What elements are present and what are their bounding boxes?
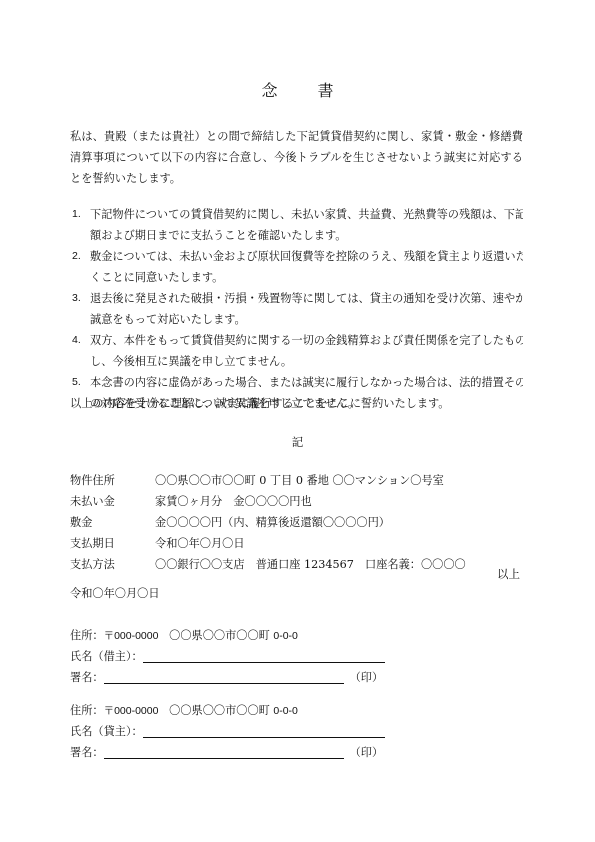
ijo-closing-mark: 以上 [497, 566, 520, 582]
title-char-2: 書 [318, 78, 334, 101]
signature-field[interactable] [104, 744, 344, 759]
borrower-address: 住所：〒000-0000 〇〇県〇〇市〇〇町 0-0-0 [70, 625, 298, 646]
detail-value: 金〇〇〇〇円（内、精算後返還額〇〇〇〇円） [155, 512, 390, 533]
term-item: 1. 下記物件についての賃貸借契約に関し、未払い家賃、共益費、光熱費等の残額は、… [70, 204, 523, 246]
detail-label: 支払期日 [70, 533, 155, 554]
address-number: 0-0-0 [273, 705, 298, 717]
postal-code: 〒000-0000 [104, 630, 159, 642]
term-line: 本念書の内容に虚偽があった場合、または誠実に履行しなかった場合は、法的措置その他 [90, 372, 523, 393]
term-line: くことに同意いたします。 [90, 267, 523, 288]
address-value: 〇〇県〇〇市〇〇町 [169, 704, 273, 717]
detail-value: 〇〇銀行〇〇支店 普通口座 1234567 口座名義：〇〇〇〇 [155, 554, 466, 575]
detail-row-deposit: 敷金金〇〇〇〇円（内、精算後返還額〇〇〇〇円） [70, 512, 390, 533]
document-date: 令和〇年〇月〇日 [70, 585, 160, 601]
term-number: 4. [72, 330, 81, 351]
name-label: 氏名（貸主）： [70, 725, 143, 738]
term-number: 5. [72, 372, 81, 393]
detail-value: 令和〇年〇月〇日 [155, 533, 245, 554]
detail-label: 未払い金 [70, 491, 155, 512]
detail-row-unpaid: 未払い金家賃〇ヶ月分 金〇〇〇〇円也 [70, 491, 312, 512]
term-line: 敷金については、未払い金および原状回復費等を控除のうえ、残額を貸主より返還いただ [90, 246, 523, 267]
intro-paragraph: 私は、貴殿（または貴社）との間で締結した下記賃貸借契約に関し、家賃・敷金・修繕費… [70, 126, 523, 189]
seal-mark: （印） [350, 671, 384, 684]
term-item: 2. 敷金については、未払い金および原状回復費等を控除のうえ、残額を貸主より返還… [70, 246, 523, 288]
detail-value: 〇〇県〇〇市〇〇町 0 丁目 0 番地 〇〇マンション〇号室 [155, 470, 444, 491]
borrower-name-row: 氏名（借主）： [70, 646, 385, 667]
signature-field[interactable] [104, 669, 344, 684]
lender-address: 住所：〒000-0000 〇〇県〇〇市〇〇町 0-0-0 [70, 700, 298, 721]
address-value: 〇〇県〇〇市〇〇町 [169, 629, 273, 642]
term-number: 3. [72, 288, 81, 309]
term-number: 2. [72, 246, 81, 267]
lender-name-row: 氏名（貸主）： [70, 721, 385, 742]
intro-line: とを誓約いたします。 [70, 168, 523, 189]
document-title: 念書 [0, 78, 595, 101]
term-line: 退去後に発見された破損・汚損・残置物等に関しては、貸主の通知を受け次第、速やかに [90, 288, 523, 309]
address-label: 住所： [70, 704, 104, 717]
postal-code: 〒000-0000 [104, 705, 159, 717]
sign-label: 署名： [70, 746, 104, 759]
term-line: 下記物件についての賃貸借契約に関し、未払い家賃、共益費、光熱費等の残額は、下記金 [90, 204, 523, 225]
name-label: 氏名（借主）： [70, 650, 143, 663]
detail-label: 支払方法 [70, 554, 155, 575]
ki-heading: 記 [0, 434, 595, 450]
name-field[interactable] [143, 723, 385, 738]
closing-statement: 以上の内容を十分に理解し、誠実に履行することをここに誓約いたします。 [70, 393, 449, 414]
address-label: 住所： [70, 629, 104, 642]
detail-row-address: 物件住所〇〇県〇〇市〇〇町 0 丁目 0 番地 〇〇マンション〇号室 [70, 470, 444, 491]
terms-list: 1. 下記物件についての賃貸借契約に関し、未払い家賃、共益費、光熱費等の残額は、… [70, 204, 523, 414]
term-line: 双方、本件をもって賃貸借契約に関する一切の金銭精算および責任関係を完了したものと [90, 330, 523, 351]
detail-label: 物件住所 [70, 470, 155, 491]
intro-line: 清算事項について以下の内容に合意し、今後トラブルを生じさせないよう誠実に対応する… [70, 147, 523, 168]
term-line: し、今後相互に異議を申し立てません。 [90, 351, 523, 372]
intro-line: 私は、貴殿（または貴社）との間で締結した下記賃貸借契約に関し、家賃・敷金・修繕費… [70, 126, 523, 147]
title-char-1: 念 [261, 78, 277, 101]
term-line: 誠意をもって対応いたします。 [90, 309, 523, 330]
detail-row-payment-method: 支払方法〇〇銀行〇〇支店 普通口座 1234567 口座名義：〇〇〇〇 [70, 554, 466, 575]
lender-sign-row: 署名：（印） [70, 742, 383, 763]
sign-label: 署名： [70, 671, 104, 684]
term-item: 3. 退去後に発見された破損・汚損・残置物等に関しては、貸主の通知を受け次第、速… [70, 288, 523, 330]
term-number: 1. [72, 204, 81, 225]
detail-label: 敷金 [70, 512, 155, 533]
term-line: 額および期日までに支払うことを確認いたします。 [90, 225, 523, 246]
term-item: 4. 双方、本件をもって賃貸借契約に関する一切の金銭精算および責任関係を完了した… [70, 330, 523, 372]
detail-row-due-date: 支払期日令和〇年〇月〇日 [70, 533, 245, 554]
seal-mark: （印） [350, 746, 384, 759]
name-field[interactable] [143, 648, 385, 663]
address-number: 0-0-0 [273, 630, 298, 642]
detail-value: 家賃〇ヶ月分 金〇〇〇〇円也 [155, 491, 312, 512]
borrower-sign-row: 署名：（印） [70, 667, 383, 688]
